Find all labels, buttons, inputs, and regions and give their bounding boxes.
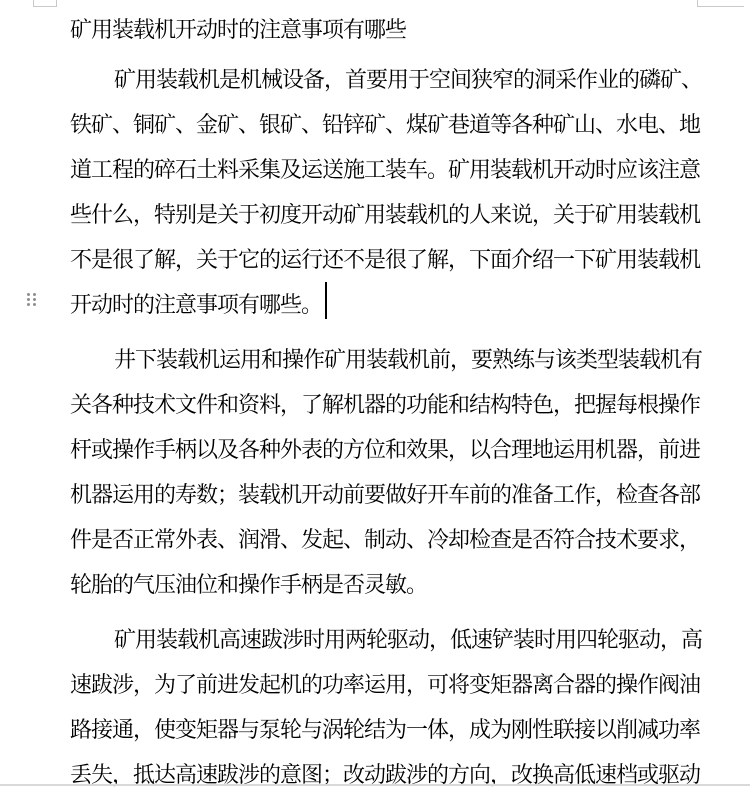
page-bottom-edge xyxy=(0,784,750,786)
paragraph[interactable]: 井下装载机运用和操作矿用装载机前，要熟练与该类型装载机有关各种技术文件和资料，了… xyxy=(70,337,697,607)
top-right-margin-mark xyxy=(697,0,744,7)
text-line[interactable]: 道工程的碎石土料采集及运送施工装车。矿用装载机开动时应该注意 xyxy=(70,147,697,192)
paragraph-drag-handle-icon[interactable] xyxy=(27,293,36,307)
text-line[interactable]: 些什么，特别是关于初度开动矿用装载机的人来说，关于矿用装载机 xyxy=(70,192,697,237)
text-line[interactable]: 路接通，使变矩器与泵轮与涡轮结为一体，成为刚性联接以削减功率 xyxy=(70,707,697,752)
text-line[interactable]: 速跋涉，为了前进发起机的功率运用，可将变矩器离合器的操作阀油 xyxy=(70,662,697,707)
top-left-margin-mark xyxy=(33,0,57,7)
text-line[interactable]: 不是很了解，关于它的运行还不是很了解，下面介绍一下矿用装载机 xyxy=(70,237,697,282)
text-line[interactable]: 杆或操作手柄以及各种外表的方位和效果，以合理地运用机器，前进 xyxy=(70,427,697,472)
paragraph[interactable]: 矿用装载机是机械设备，首要用于空间狭窄的洞采作业的磷矿、铁矿、铜矿、金矿、银矿、… xyxy=(70,57,697,327)
text-line[interactable]: 关各种技术文件和资料，了解机器的功能和结构特色，把握每根操作 xyxy=(70,382,697,427)
text-cursor xyxy=(325,282,327,319)
text-line[interactable]: 矿用装载机高速跋涉时用两轮驱动，低速铲装时用四轮驱动，高 xyxy=(70,617,697,662)
text-line[interactable]: 轮胎的气压油位和操作手柄是否灵敏。 xyxy=(70,562,697,607)
document-title: 矿用装载机开动时的注意事项有哪些 xyxy=(70,7,697,52)
paragraphs: 矿用装载机是机械设备，首要用于空间狭窄的洞采作业的磷矿、铁矿、铜矿、金矿、银矿、… xyxy=(70,57,697,789)
document-page[interactable]: 矿用装载机开动时的注意事项有哪些 矿用装载机是机械设备，首要用于空间狭窄的洞采作… xyxy=(70,7,697,789)
text-line[interactable]: 件是否正常外表、润滑、发起、制动、冷却检查是否符合技术要求， xyxy=(70,517,697,562)
paragraph[interactable]: 矿用装载机高速跋涉时用两轮驱动，低速铲装时用四轮驱动，高速跋涉，为了前进发起机的… xyxy=(70,617,697,789)
text-line[interactable]: 井下装载机运用和操作矿用装载机前，要熟练与该类型装载机有 xyxy=(70,337,697,382)
text-line[interactable]: 开动时的注意事项有哪些。 xyxy=(70,282,697,327)
text-line[interactable]: 矿用装载机是机械设备，首要用于空间狭窄的洞采作业的磷矿、 xyxy=(70,57,697,102)
text-line[interactable]: 机器运用的寿数；装载机开动前要做好开车前的准备工作，检查各部 xyxy=(70,472,697,517)
text-line[interactable]: 铁矿、铜矿、金矿、银矿、铅锌矿、煤矿巷道等各种矿山、水电、地 xyxy=(70,102,697,147)
